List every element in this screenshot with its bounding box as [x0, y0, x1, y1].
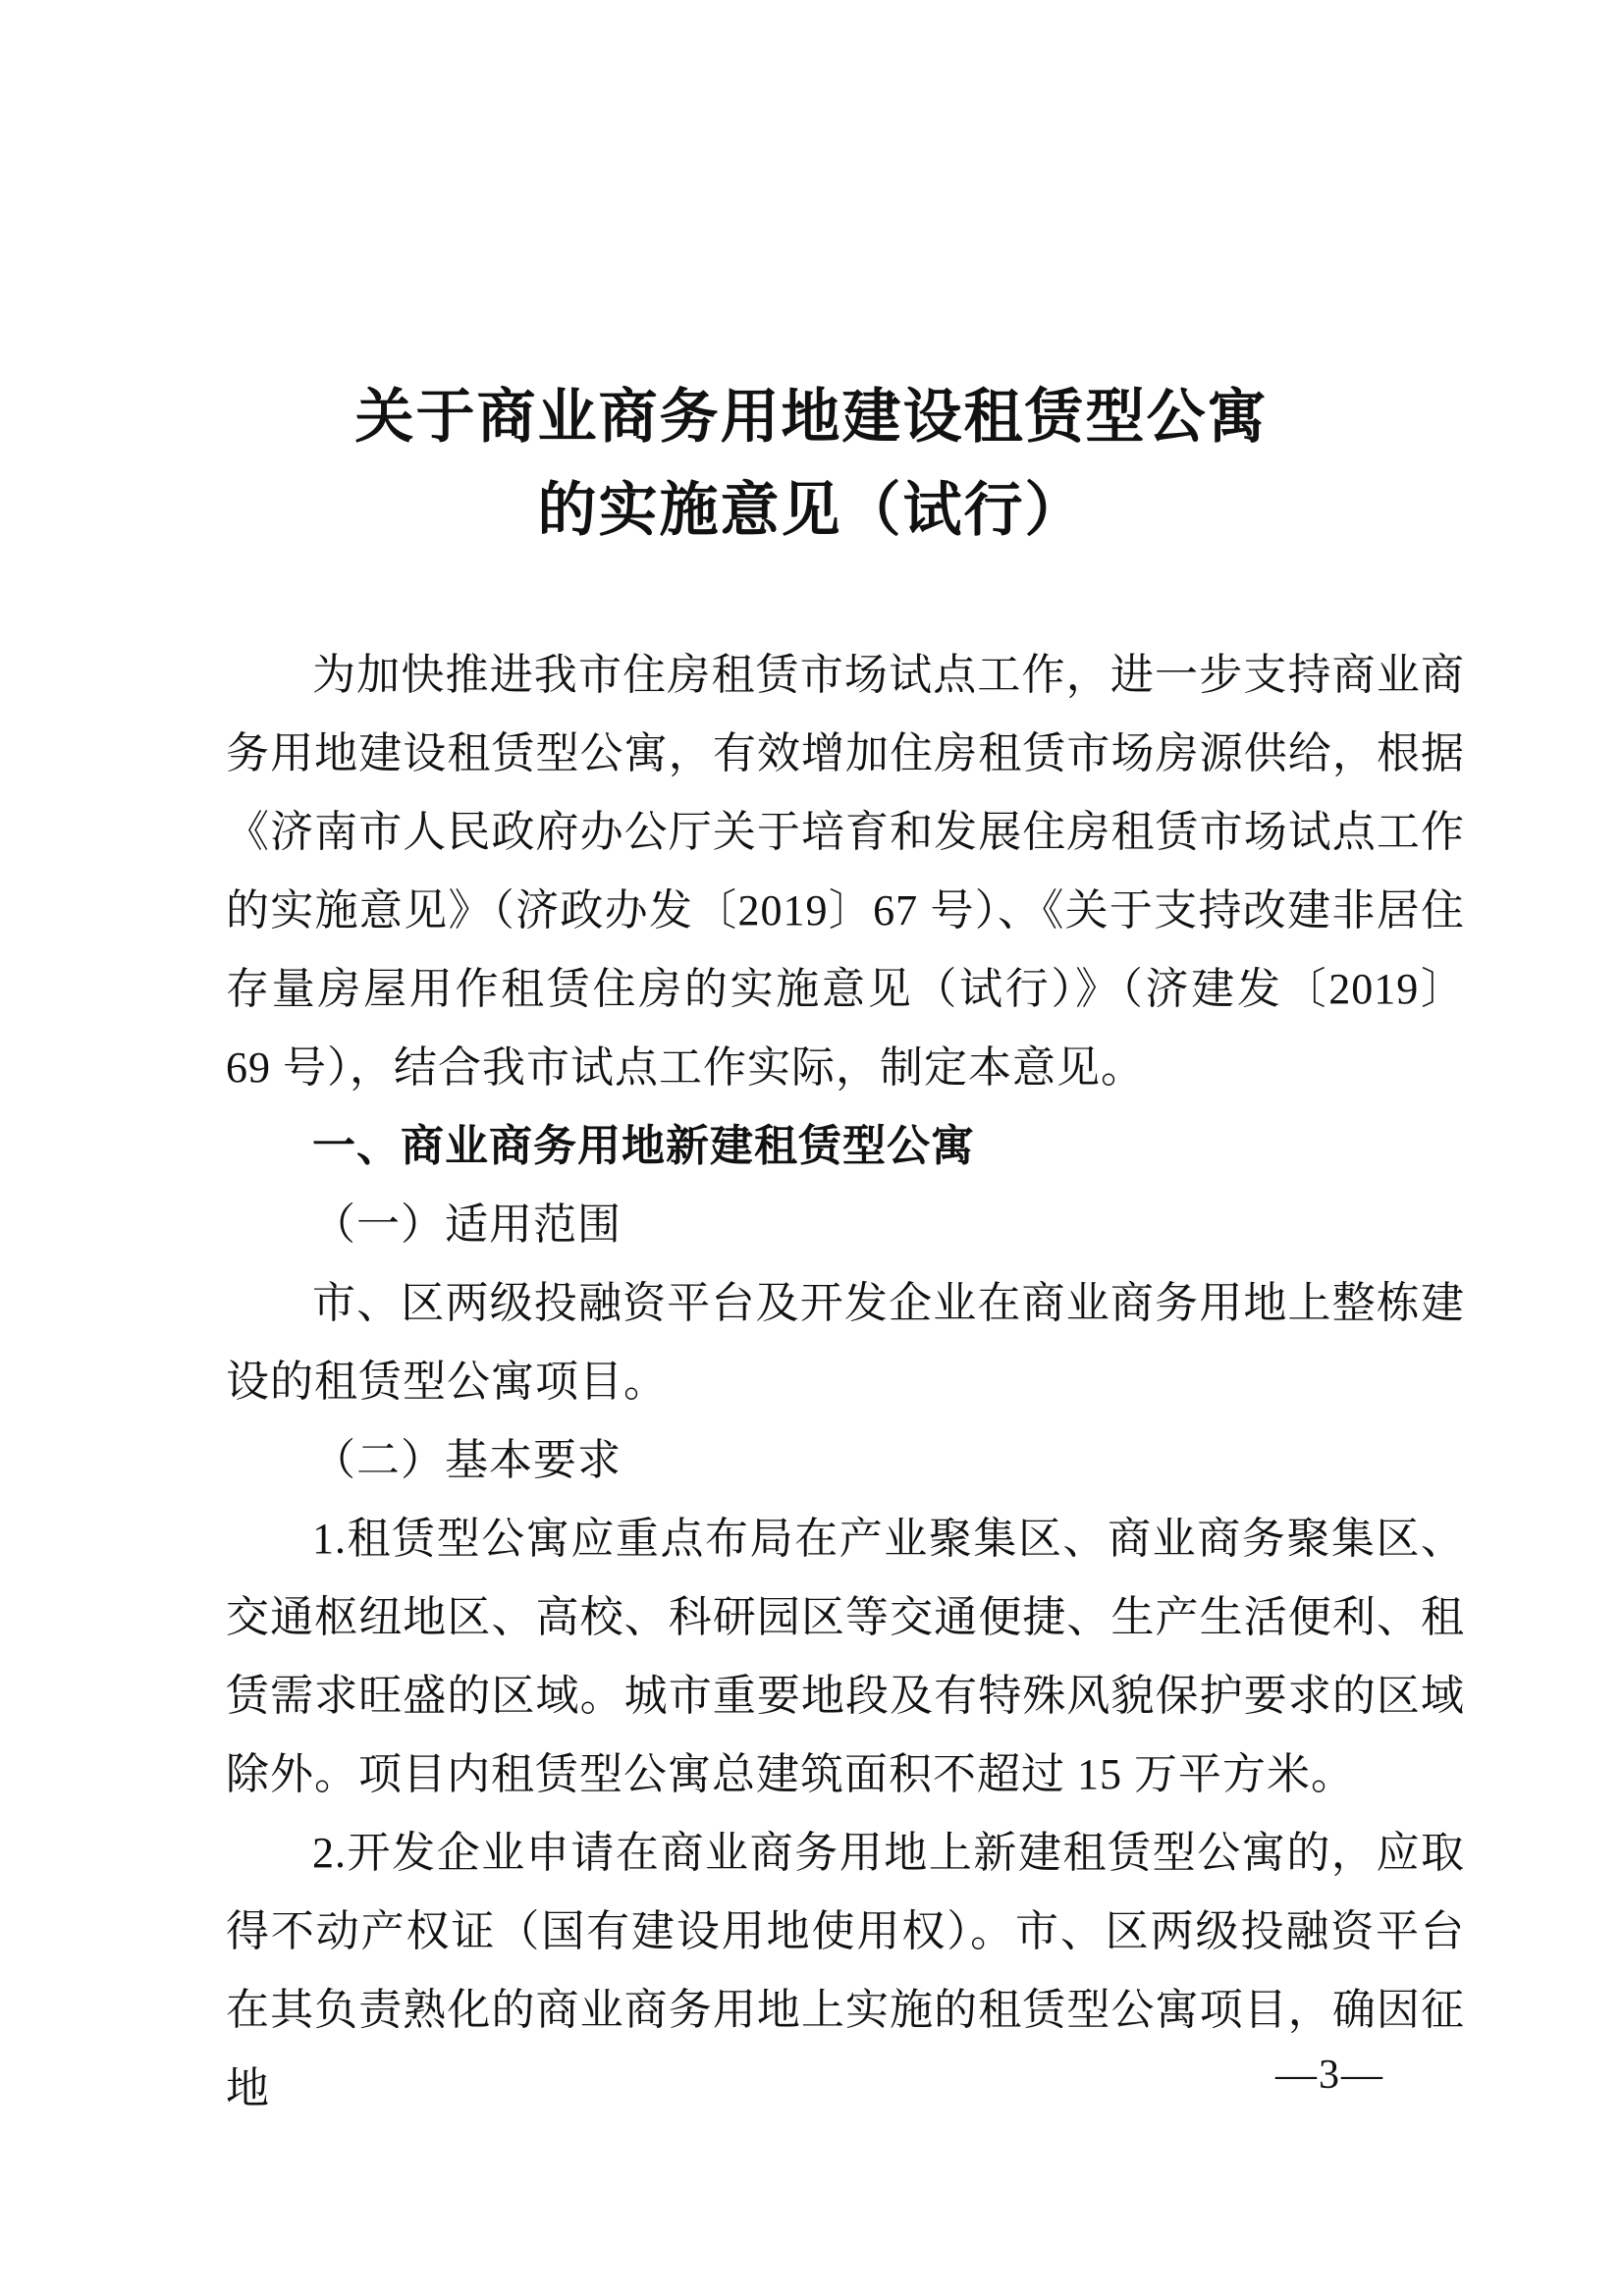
document-title-line-1: 关于商业商务用地建设租赁型公寓	[0, 371, 1623, 464]
subsection-heading-requirements: （二）基本要求	[226, 1421, 1465, 1500]
page-number: —3—	[1275, 2052, 1384, 2099]
paragraph-scope: 市、区两级投融资平台及开发企业在商业商务用地上整栋建设的租赁型公寓项目。	[226, 1264, 1465, 1421]
document-page: 关于商业商务用地建设租赁型公寓 的实施意见（试行） 为加快推进我市住房租赁市场试…	[0, 0, 1623, 2296]
section-heading-1: 一、商业商务用地新建租赁型公寓	[226, 1107, 1465, 1186]
document-body: 为加快推进我市住房租赁市场试点工作，进一步支持商业商务用地建设租赁型公寓，有效增…	[226, 636, 1465, 2128]
paragraph-intro: 为加快推进我市住房租赁市场试点工作，进一步支持商业商务用地建设租赁型公寓，有效增…	[226, 636, 1465, 1107]
document-title-line-2: 的实施意见（试行）	[0, 464, 1623, 558]
paragraph-requirement-1: 1.租赁型公寓应重点布局在产业聚集区、商业商务聚集区、交通枢纽地区、高校、科研园…	[226, 1500, 1465, 1814]
document-title: 关于商业商务用地建设租赁型公寓 的实施意见（试行）	[0, 371, 1623, 558]
subsection-heading-scope: （一）适用范围	[226, 1186, 1465, 1264]
